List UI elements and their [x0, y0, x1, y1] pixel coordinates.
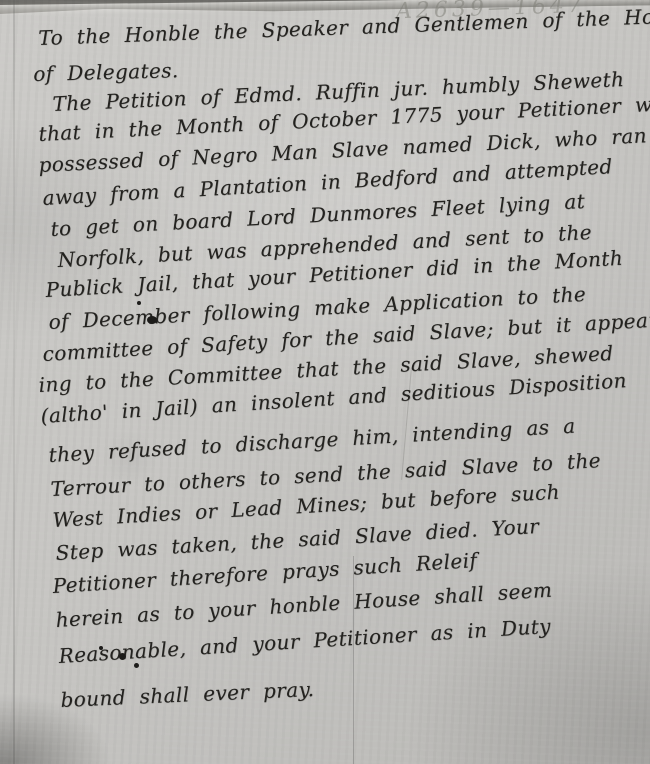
paper-fold-line — [353, 556, 354, 764]
ink-blot — [119, 653, 126, 660]
paper-fold-line — [13, 0, 15, 764]
ink-blot — [134, 663, 139, 668]
ink-blot — [147, 316, 157, 324]
manuscript-line-2: of Delegates. — [33, 58, 179, 86]
ink-blot — [99, 646, 103, 650]
manuscript-line-21: bound shall ever pray. — [60, 677, 315, 712]
manuscript-scan: A2639—1647 To the Honble the Speaker and… — [0, 0, 650, 764]
ink-blot — [137, 301, 141, 305]
